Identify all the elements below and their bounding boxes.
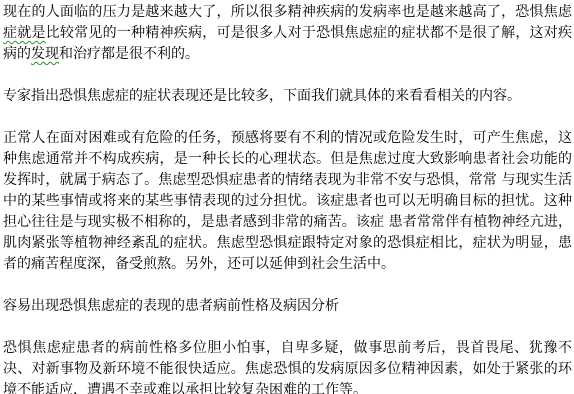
paragraph-analysis-heading: 容易出现恐惧焦虑症的表现的患者病前性格及病因分析 [3,296,572,317]
text-segment: 专家指出恐惧焦虑症的症状表现还是比较多，下面我们就具体的来看看相关的内容。 [3,88,521,104]
paragraph-symptom-description: 正常人在面对困难或有危险的任务，预感将要有不利的情况或危险发生时，可产生焦虑，这… [3,128,572,275]
text-segment: 和治疗都是很不利的。 [59,46,199,62]
text-segment: 正常人在面对困难或有危险的任务，预感将要有不利的情况或危险发生时，可产生焦虑，这… [3,130,572,272]
paragraph-expert-note: 专家指出恐惧焦虑症的症状表现还是比较多，下面我们就具体的来看看相关的内容。 [3,86,572,107]
text-segment: 现在的人面临的压力是越来越大了，所以很多精神疾病的发病率也是越来越高了，恐惧焦虑 [3,4,572,20]
text-segment: 容易出现恐惧焦虑症的表现的患者病前性格及病因分析 [3,298,339,314]
paragraph-intro: 现在的人面临的压力是越来越大了，所以很多精神疾病的发病率也是越来越高了，恐惧焦虑… [3,2,572,65]
spellcheck-flagged-segment: 发现 [31,46,59,62]
paragraph-cause-analysis: 恐惧焦虑症患者的病前性格多位胆小怕事，自卑多疑，做事思前考后，畏首畏尾、犹豫不决… [3,338,572,394]
text-segment: 恐惧焦虑症患者的病前性格多位胆小怕事，自卑多疑，做事思前考后，畏首畏尾、犹豫不决… [3,340,572,394]
document-body: 现在的人面临的压力是越来越大了，所以很多精神疾病的发病率也是越来越高了，恐惧焦虑… [0,0,574,394]
spellcheck-flagged-segment: 症就是 [3,25,46,41]
